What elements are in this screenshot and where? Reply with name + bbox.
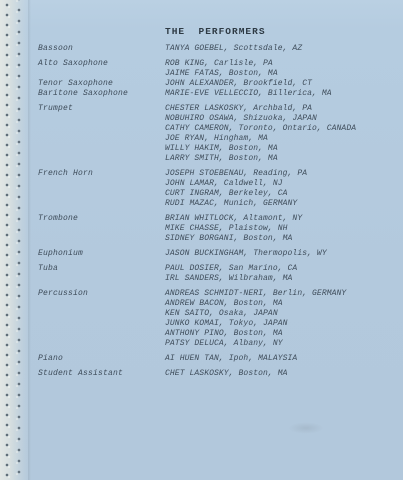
program-page: THE PERFORMERS BassoonTANYA GOEBEL, Scot… [0,0,403,480]
performer-row: NOBUHIRO OSAWA, Shizuoka, JAPAN [38,114,393,124]
instrument-label [38,69,165,79]
performer-row: WILLY HAKIM, Boston, MA [38,144,393,154]
instrument-label [38,179,165,189]
performer-row: TromboneBRIAN WHITLOCK, Altamont, NY [38,214,393,224]
performer-row: MIKE CHASSE, Plaistow, NH [38,224,393,234]
performer-row: TubaPAUL DOSIER, San Marino, CA [38,264,393,274]
instrument-label: Piano [38,354,165,364]
instrument-label [38,319,165,329]
performer-entry: NOBUHIRO OSAWA, Shizuoka, JAPAN [165,114,317,124]
performer-entry: ANTHONY PINO, Boston, MA [165,329,283,339]
performer-entry: MARIE-EVE VELLECCIO, Billerica, MA [165,89,332,99]
instrument-label: Percussion [38,289,165,299]
instrument-label [38,124,165,134]
performer-entry: IRL SANDERS, Wilbraham, MA [165,274,292,284]
instrument-label [38,199,165,209]
performer-entry: RUDI MAZAC, Munich, GERMANY [165,199,297,209]
performer-row: TrumpetCHESTER LASKOSKY, Archbald, PA [38,104,393,114]
performer-row: RUDI MAZAC, Munich, GERMANY [38,199,393,209]
instrument-label [38,329,165,339]
paper-stain [288,422,324,434]
performer-entry: BRIAN WHITLOCK, Altamont, NY [165,214,302,224]
performer-row: Tenor SaxophoneJOHN ALEXANDER, Brookfiel… [38,79,393,89]
performer-entry: JASON BUCKINGHAM, Thermopolis, WY [165,249,327,259]
performer-entry: JUNKO KOMAI, Tokyo, JAPAN [165,319,288,329]
performer-entry: SIDNEY BORGANI, Boston, MA [165,234,292,244]
spiral-binding-edge [0,0,30,480]
performer-row: Student AssistantCHET LASKOSKY, Boston, … [38,369,393,379]
instrument-label [38,299,165,309]
performer-row: French HornJOSEPH STOEBENAU, Reading, PA [38,169,393,179]
performer-entry: CHET LASKOSKY, Boston, MA [165,369,288,379]
performer-entry: JOHN ALEXANDER, Brookfield, CT [165,79,312,89]
performer-entry: JAIME FATAS, Boston, MA [165,69,278,79]
binding-edge-shadow [28,0,31,480]
instrument-label [38,114,165,124]
performer-row: CATHY CAMERON, Toronto, Ontario, CANADA [38,124,393,134]
instrument-label [38,134,165,144]
performer-row: IRL SANDERS, Wilbraham, MA [38,274,393,284]
instrument-label: Alto Saxophone [38,59,165,69]
performer-row: ANTHONY PINO, Boston, MA [38,329,393,339]
performer-row: KEN SAITO, Osaka, JAPAN [38,309,393,319]
performer-row: EuphoniumJASON BUCKINGHAM, Thermopolis, … [38,249,393,259]
instrument-label: Trombone [38,214,165,224]
instrument-label [38,154,165,164]
performer-entry: TANYA GOEBEL, Scottsdale, AZ [165,44,302,54]
instrument-label: Euphonium [38,249,165,259]
performer-entry: ANDREAS SCHMIDT-NERI, Berlin, GERMANY [165,289,346,299]
performer-entry: AI HUEN TAN, Ipoh, MALAYSIA [165,354,297,364]
binding-holes-column [14,0,24,480]
instrument-label [38,234,165,244]
instrument-label [38,224,165,234]
performer-entry: MIKE CHASSE, Plaistow, NH [165,224,288,234]
performer-entry: JOSEPH STOEBENAU, Reading, PA [165,169,307,179]
performer-entry: CHESTER LASKOSKY, Archbald, PA [165,104,312,114]
performer-entry: CATHY CAMERON, Toronto, Ontario, CANADA [165,124,356,134]
performer-entry: PAUL DOSIER, San Marino, CA [165,264,297,274]
performer-entry: JOHN LAMAR, Caldwell, NJ [165,179,283,189]
instrument-label [38,309,165,319]
instrument-label: Tenor Saxophone [38,79,165,89]
page-title: THE PERFORMERS [165,27,393,37]
performers-list: THE PERFORMERS BassoonTANYA GOEBEL, Scot… [38,27,393,379]
performer-entry: ROB KING, Carlisle, PA [165,59,273,69]
instrument-label: Baritone Saxophone [38,89,165,99]
instrument-label: Bassoon [38,44,165,54]
performer-row: SIDNEY BORGANI, Boston, MA [38,234,393,244]
instrument-label: Student Assistant [38,369,165,379]
performer-row: ANDREW BACON, Boston, MA [38,299,393,309]
instrument-label [38,144,165,154]
performer-entry: PATSY DELUCA, Albany, NY [165,339,283,349]
instrument-label: Trumpet [38,104,165,114]
performer-row: JOHN LAMAR, Caldwell, NJ [38,179,393,189]
instrument-label: Tuba [38,264,165,274]
performer-entry: WILLY HAKIM, Boston, MA [165,144,278,154]
performer-row: PATSY DELUCA, Albany, NY [38,339,393,349]
performer-row: PercussionANDREAS SCHMIDT-NERI, Berlin, … [38,289,393,299]
performer-entry: ANDREW BACON, Boston, MA [165,299,283,309]
performer-row: PianoAI HUEN TAN, Ipoh, MALAYSIA [38,354,393,364]
performer-row: JUNKO KOMAI, Tokyo, JAPAN [38,319,393,329]
instrument-label [38,189,165,199]
performer-entry: LARRY SMITH, Boston, MA [165,154,278,164]
performer-row: CURT INGRAM, Berkeley, CA [38,189,393,199]
performer-row: BassoonTANYA GOEBEL, Scottsdale, AZ [38,44,393,54]
instrument-label: French Horn [38,169,165,179]
performer-entry: KEN SAITO, Osaka, JAPAN [165,309,278,319]
instrument-label [38,274,165,284]
performer-row: Alto SaxophoneROB KING, Carlisle, PA [38,59,393,69]
performer-row: JOE RYAN, Hingham, MA [38,134,393,144]
instrument-label [38,339,165,349]
performer-row: JAIME FATAS, Boston, MA [38,69,393,79]
binding-holes-column [2,0,12,480]
performer-row: Baritone SaxophoneMARIE-EVE VELLECCIO, B… [38,89,393,99]
performer-entry: CURT INGRAM, Berkeley, CA [165,189,288,199]
performer-entry: JOE RYAN, Hingham, MA [165,134,268,144]
performer-row: LARRY SMITH, Boston, MA [38,154,393,164]
